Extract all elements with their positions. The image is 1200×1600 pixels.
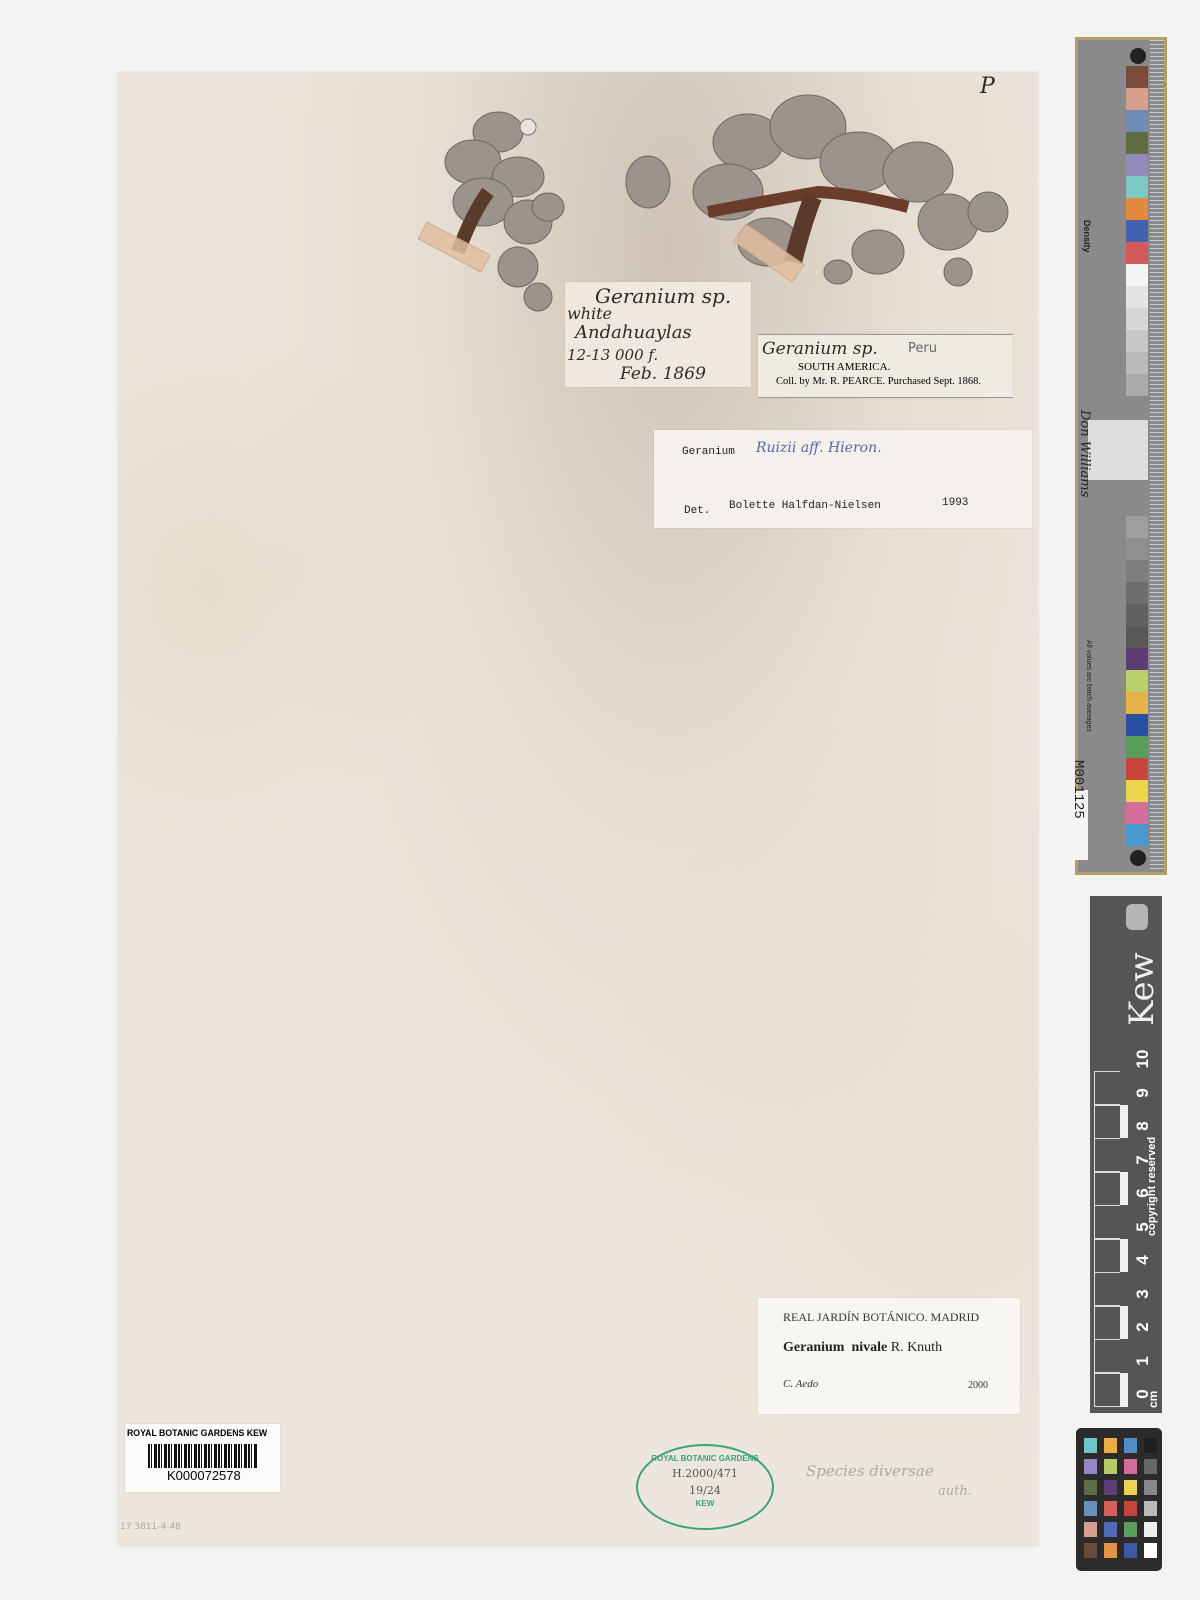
det-genus: Geranium xyxy=(682,446,735,458)
ruler-footnote: All values are batch averages xyxy=(1085,640,1092,732)
color-swatch xyxy=(1126,582,1148,604)
ruler-brand-panel xyxy=(1088,420,1148,480)
color-patch xyxy=(1144,1522,1157,1537)
madrid-genus: Geranium xyxy=(783,1340,844,1355)
color-patch xyxy=(1124,1438,1137,1453)
stamp-fraction: 19/24 xyxy=(638,1484,772,1497)
color-patch xyxy=(1144,1543,1157,1558)
label-title: Geranium sp. xyxy=(762,339,878,359)
color-swatch xyxy=(1126,330,1148,352)
color-patch xyxy=(1124,1501,1137,1516)
det-prefix: Det. xyxy=(684,505,710,517)
color-patch xyxy=(1124,1480,1137,1495)
madrid-year: 2000 xyxy=(968,1380,988,1391)
scale-number: 0 xyxy=(1133,1383,1153,1405)
color-patch xyxy=(1104,1543,1117,1558)
color-patch xyxy=(1084,1501,1097,1516)
label-line: white xyxy=(567,304,612,323)
scale-number: 2 xyxy=(1133,1316,1153,1338)
color-swatch xyxy=(1126,736,1148,758)
scale-strip xyxy=(1120,1205,1128,1239)
label-line: Geranium sp. xyxy=(595,284,731,308)
scale-strip xyxy=(1120,1071,1128,1105)
scale-number: 3 xyxy=(1133,1283,1153,1305)
ruler-swatches-bottom xyxy=(1126,516,1148,846)
color-patch xyxy=(1084,1522,1097,1537)
color-patch xyxy=(1144,1480,1157,1495)
color-swatch xyxy=(1126,802,1148,824)
accession-note: 17 3811-4-48 xyxy=(120,1522,181,1532)
ruler-hole-top xyxy=(1130,48,1146,64)
scale-strip xyxy=(1120,1239,1128,1273)
ruler-hole-bottom xyxy=(1130,850,1146,866)
pearce-label: Geranium sp. Peru SOUTH AMERICA. Coll. b… xyxy=(758,334,1013,398)
color-swatch xyxy=(1126,154,1148,176)
label-line: 12-13 000 f. xyxy=(567,346,658,364)
scale-number: 4 xyxy=(1133,1249,1153,1271)
herbarium-sheet: P Geranium sp. white Andahuaylas 12-13 0… xyxy=(118,72,1038,1546)
color-swatch xyxy=(1126,626,1148,648)
color-patch xyxy=(1104,1501,1117,1516)
scale-number: 10 xyxy=(1133,1048,1153,1070)
stamp-top-text: ROYAL BOTANIC GARDENS xyxy=(638,1454,772,1463)
color-swatch xyxy=(1126,670,1148,692)
color-swatch xyxy=(1126,132,1148,154)
color-patch xyxy=(1084,1543,1097,1558)
kew-stamp: ROYAL BOTANIC GARDENS H.2000/471 19/24 K… xyxy=(636,1444,774,1530)
madrid-species: nivale xyxy=(851,1340,887,1355)
scale-strip xyxy=(1120,1306,1128,1340)
scale-strip xyxy=(1120,1373,1128,1407)
color-swatch xyxy=(1126,560,1148,582)
det-species: Ruizii aff. Hieron. xyxy=(756,440,882,456)
color-swatch xyxy=(1126,538,1148,560)
ruler-brand: Don Williams xyxy=(1077,410,1092,497)
label-collector: Coll. by Mr. R. PEARCE. Purchased Sept. … xyxy=(776,376,981,387)
color-swatch xyxy=(1126,264,1148,286)
color-checker-card xyxy=(1076,1428,1162,1571)
color-patch xyxy=(1124,1522,1137,1537)
color-swatch xyxy=(1126,780,1148,802)
color-patch xyxy=(1084,1438,1097,1453)
color-patch xyxy=(1104,1480,1117,1495)
scale-number: 9 xyxy=(1133,1082,1153,1104)
color-patch xyxy=(1104,1522,1117,1537)
color-swatch xyxy=(1126,286,1148,308)
color-swatch xyxy=(1126,824,1148,846)
scale-strip xyxy=(1120,1272,1128,1306)
barcode-number: K000072578 xyxy=(167,1468,241,1483)
color-patch xyxy=(1124,1459,1137,1474)
color-swatch xyxy=(1126,374,1148,396)
kew-logo: Kew xyxy=(1122,952,1162,1026)
plant-specimen-right xyxy=(618,82,1018,292)
color-swatch xyxy=(1126,758,1148,780)
scale-strip xyxy=(1120,1172,1128,1206)
color-swatch xyxy=(1126,176,1148,198)
color-swatch xyxy=(1126,308,1148,330)
color-swatch xyxy=(1126,88,1148,110)
color-patch xyxy=(1104,1459,1117,1474)
label-country: Peru xyxy=(908,341,937,356)
color-calibration-ruler: inches Density Don Williams All values a… xyxy=(1075,37,1167,875)
scale-number: 6 xyxy=(1133,1182,1153,1204)
label-line: Andahuaylas xyxy=(575,322,692,343)
color-swatch xyxy=(1126,220,1148,242)
ruler-swatches-top xyxy=(1126,66,1148,396)
ruler-tick-strip xyxy=(1150,40,1164,872)
scale-number: 1 xyxy=(1133,1350,1153,1372)
barcode-label: ROYAL BOTANIC GARDENS KEW K000072578 xyxy=(125,1424,280,1492)
scale-number: 8 xyxy=(1133,1115,1153,1137)
scale-number: 5 xyxy=(1133,1216,1153,1238)
madrid-label: REAL JARDÍN BOTÁNICO. MADRID Geranium ni… xyxy=(758,1298,1020,1414)
color-swatch xyxy=(1126,110,1148,132)
stamp-bottom-text: KEW xyxy=(638,1499,772,1508)
det-year: 1993 xyxy=(942,497,968,509)
color-swatch xyxy=(1126,242,1148,264)
det-determiner: Bolette Halfdan-Nielsen xyxy=(729,500,881,512)
color-swatch xyxy=(1126,516,1148,538)
scale-strip xyxy=(1120,1339,1128,1373)
scale-strip xyxy=(1120,1105,1128,1139)
label-region: SOUTH AMERICA. xyxy=(798,361,890,373)
color-patch xyxy=(1144,1501,1157,1516)
scale-number: 7 xyxy=(1133,1149,1153,1171)
color-patch xyxy=(1084,1459,1097,1474)
ruler-density-label: Density xyxy=(1082,220,1092,253)
color-swatch xyxy=(1126,692,1148,714)
plant-specimen-left xyxy=(418,92,578,322)
determination-label: Geranium Ruizii aff. Hieron. Det. Bolett… xyxy=(654,430,1032,528)
kew-crest-icon xyxy=(1126,904,1148,930)
color-patch xyxy=(1124,1543,1137,1558)
annotation-right: Species diversae xyxy=(806,1462,934,1480)
barcode-institution: ROYAL BOTANIC GARDENS KEW xyxy=(127,1428,267,1439)
madrid-author: R. Knuth xyxy=(891,1340,942,1355)
ruler-id-text: M001125 xyxy=(1070,760,1086,819)
color-swatch xyxy=(1126,714,1148,736)
color-swatch xyxy=(1126,648,1148,670)
color-swatch xyxy=(1126,66,1148,88)
madrid-taxon: Geranium nivale R. Knuth xyxy=(783,1340,942,1356)
barcode-bars xyxy=(148,1444,258,1468)
madrid-determiner: C. Aedo xyxy=(783,1378,818,1390)
kew-scale-bar: Kew copyright reserved cm 012345678910 xyxy=(1090,896,1162,1413)
color-swatch xyxy=(1126,352,1148,374)
color-swatch xyxy=(1126,604,1148,626)
label-line: Feb. 1869 xyxy=(620,364,706,384)
color-swatch xyxy=(1126,198,1148,220)
color-patch xyxy=(1084,1480,1097,1495)
madrid-institution: REAL JARDÍN BOTÁNICO. MADRID xyxy=(783,1310,979,1325)
color-patch xyxy=(1144,1459,1157,1474)
annotation-right-2: auth. xyxy=(938,1484,972,1499)
stamp-accession: H.2000/471 xyxy=(638,1467,772,1480)
scale-strip xyxy=(1120,1138,1128,1172)
original-collection-label: Geranium sp. white Andahuaylas 12-13 000… xyxy=(565,282,751,387)
color-patch xyxy=(1104,1438,1117,1453)
color-patch xyxy=(1144,1438,1157,1453)
